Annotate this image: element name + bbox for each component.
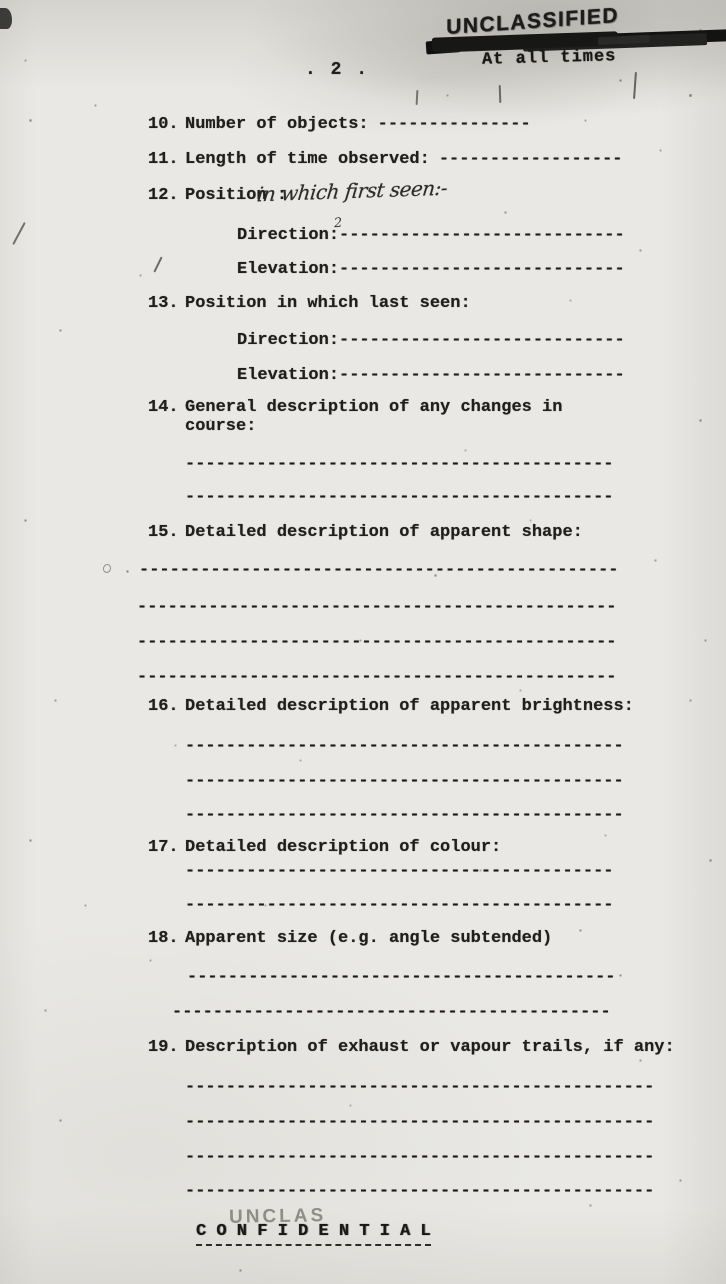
answer-blank: ---------------------------- bbox=[339, 331, 625, 350]
item-label: Detailed description of apparent brightn… bbox=[185, 697, 634, 716]
item-number: 15. bbox=[148, 523, 185, 542]
answer-blank: ---------------------------- bbox=[339, 226, 625, 245]
answer-line: ----------------------------------------… bbox=[185, 1148, 654, 1167]
form-item-16: 16.Detailed description of apparent brig… bbox=[148, 697, 634, 716]
redaction-bar-segment bbox=[598, 35, 650, 46]
answer-line: ----------------------------------------… bbox=[185, 896, 613, 915]
item-label: Apparent size (e.g. angle subtended) bbox=[185, 929, 552, 948]
answer-line: ----------------------------------------… bbox=[185, 862, 613, 881]
answer-line: ----------------------------------------… bbox=[185, 1078, 654, 1097]
item-number: 18. bbox=[148, 929, 185, 948]
answer-blank: --------------- bbox=[378, 115, 531, 134]
answer-line: ----------------------------------------… bbox=[137, 633, 616, 652]
item-number: 13. bbox=[148, 294, 185, 313]
form-item-17: 17.Detailed description of colour: bbox=[148, 838, 501, 857]
item-label: Length of time observed: bbox=[185, 150, 430, 169]
answer-line: ----------------------------------------… bbox=[185, 1113, 654, 1132]
form-item-13-direction: Direction:---------------------------- bbox=[237, 331, 625, 350]
answer-line: ----------------------------------------… bbox=[187, 968, 615, 987]
margin-mark bbox=[633, 72, 637, 99]
form-item-13: 13.Position in which last seen: bbox=[148, 294, 471, 313]
paper-noise bbox=[0, 0, 1, 1]
item-number: 14. bbox=[148, 398, 185, 417]
item-label: General description of any changes in bbox=[185, 398, 562, 417]
answer-line: ----------------------------------------… bbox=[137, 598, 616, 617]
handwritten-annotation: in which first seen:- bbox=[256, 176, 449, 207]
item-number: 11. bbox=[148, 150, 185, 169]
form-item-11: 11.Length of time observed:-------------… bbox=[148, 150, 622, 169]
answer-blank: ------------------ bbox=[439, 150, 623, 169]
answer-line: ----------------------------------------… bbox=[185, 488, 613, 507]
item-label: Detailed description of colour: bbox=[185, 838, 501, 857]
confidential-stamp: C O N F I D E N T I A L bbox=[196, 1222, 431, 1246]
scanned-document-page: UNCLASSIFIED At all times . 2 . 10.Numbe… bbox=[0, 0, 726, 1284]
page-number: . 2 . bbox=[305, 60, 369, 80]
answer-line: ----------------------------------------… bbox=[185, 806, 624, 825]
stamp-subtitle: At all times bbox=[482, 47, 617, 70]
answer-line: ----------------------------------------… bbox=[185, 737, 624, 756]
answer-line: ----------------------------------------… bbox=[139, 561, 618, 580]
answer-blank: ---------------------------- bbox=[339, 260, 625, 279]
answer-line: ----------------------------------------… bbox=[172, 1003, 611, 1022]
item-number: 16. bbox=[148, 697, 185, 716]
sub-label: Elevation: bbox=[237, 366, 339, 385]
margin-mark bbox=[416, 90, 419, 105]
item-label: Description of exhaust or vapour trails,… bbox=[185, 1038, 675, 1057]
form-item-12-direction: Direction:---------------------------- bbox=[237, 226, 625, 245]
item-number: 10. bbox=[148, 115, 185, 134]
paper-smudge bbox=[102, 563, 113, 574]
item-label: Position in which last seen: bbox=[185, 294, 471, 313]
margin-mark bbox=[499, 85, 502, 103]
sub-label: Direction: bbox=[237, 226, 339, 245]
scan-corner-artifact bbox=[0, 8, 12, 29]
form-item-19: 19.Description of exhaust or vapour trai… bbox=[148, 1038, 675, 1057]
margin-mark bbox=[153, 256, 162, 272]
margin-mark bbox=[12, 222, 26, 245]
form-item-18: 18.Apparent size (e.g. angle subtended) bbox=[148, 929, 552, 948]
form-item-14: 14.General description of any changes in bbox=[148, 398, 562, 417]
sub-label: Direction: bbox=[237, 331, 339, 350]
form-item-12-elevation: Elevation:---------------------------- bbox=[237, 260, 625, 279]
answer-blank: ---------------------------- bbox=[339, 366, 625, 385]
answer-line: ----------------------------------------… bbox=[137, 668, 616, 687]
item-label: Detailed description of apparent shape: bbox=[185, 523, 583, 542]
answer-line: ----------------------------------------… bbox=[185, 455, 613, 474]
answer-line: ----------------------------------------… bbox=[185, 1182, 654, 1201]
form-item-10: 10.Number of objects:--------------- bbox=[148, 115, 531, 134]
form-item-15: 15.Detailed description of apparent shap… bbox=[148, 523, 583, 542]
item-number: 19. bbox=[148, 1038, 185, 1057]
item-label-wrap: course: bbox=[185, 417, 256, 436]
item-number: 12. bbox=[148, 186, 185, 205]
sub-label: Elevation: bbox=[237, 260, 339, 279]
item-label: Number of objects: bbox=[185, 115, 369, 134]
form-item-13-elevation: Elevation:---------------------------- bbox=[237, 366, 625, 385]
answer-line: ----------------------------------------… bbox=[185, 772, 624, 791]
item-number: 17. bbox=[148, 838, 185, 857]
